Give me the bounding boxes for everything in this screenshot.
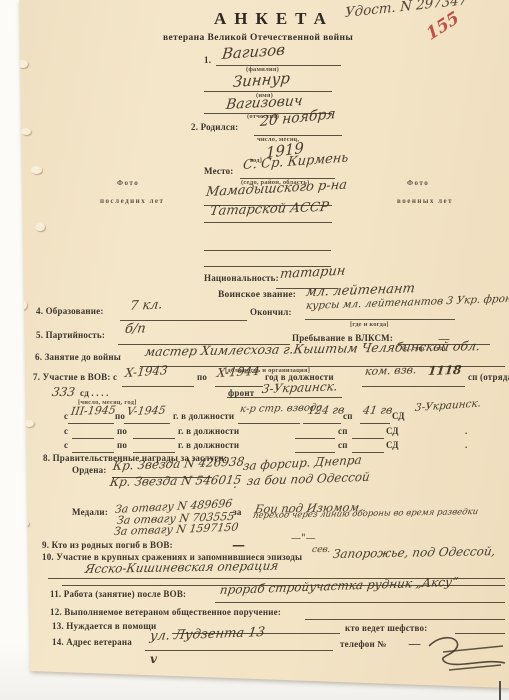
order2-handwritten: Кр. Звезда N 546015 <box>109 473 243 489</box>
firstname-handwritten: Зиннур <box>232 69 291 91</box>
party-handwritten: б/п <box>124 321 147 337</box>
order2-reason-handwritten: за бои под Одессой <box>246 470 371 488</box>
write-line <box>215 601 505 603</box>
write-line <box>72 437 114 439</box>
rank-label: Воинское звание: <box>218 290 296 300</box>
write-line <box>204 221 332 223</box>
q7-row4-s: с <box>64 440 68 450</box>
q9-dash-handwritten: — <box>232 538 245 553</box>
paper-tear-mark <box>24 420 34 427</box>
photo-right-sublabel: военных лет <box>397 197 453 205</box>
war-front2-handwritten: 3-Украинск. <box>414 397 481 414</box>
q7-row3-position-label: г. в должности <box>178 426 239 436</box>
write-line <box>122 385 194 387</box>
birthplace-region-handwritten: Татарской АССР <box>209 200 330 219</box>
war-front1-handwritten: 3-Украинск. <box>261 379 339 396</box>
q7-sp-label: сп (отряда) <box>468 372 509 382</box>
q10-battles2-handwritten: Ясско-Кишиневская операция <box>84 559 280 576</box>
war-division1-handwritten: 333 <box>51 385 76 399</box>
q5-label: 5. Партийность: <box>36 330 105 340</box>
q11-label: 11. Работа (занятие) после ВОВ: <box>50 589 186 599</box>
q7-po-label: по <box>197 372 207 382</box>
nationality-label: Национальность: <box>204 273 279 283</box>
q10-sev-handwritten: сев. <box>311 545 331 555</box>
q1-number: 1. <box>204 55 211 65</box>
q7-sd-label: сд . . . . <box>80 388 109 398</box>
paper-shadow: АНКЕТА Удост. N 297347 155 ветерана Вели… <box>0 0 509 700</box>
write-line <box>124 422 170 424</box>
graduated-label: Окончил: <box>250 307 292 317</box>
anketa-form-paper: АНКЕТА Удост. N 297347 155 ветерана Вели… <box>0 0 509 700</box>
address-handwritten: ул. Лудзента 13 <box>149 625 266 644</box>
write-line <box>352 437 384 439</box>
birthplace-label: Место: <box>204 166 233 176</box>
surname-handwritten: Вагизов <box>221 41 286 64</box>
q7-row3-dot: . <box>465 426 467 436</box>
q6-label: 6. Занятие до войны <box>35 352 121 362</box>
medals-label: Медали: <box>72 507 108 517</box>
write-line <box>227 396 342 398</box>
war-regiment1-handwritten: 1118 <box>427 363 462 378</box>
war-to2-handwritten: V-1945 <box>126 404 166 418</box>
q7-row2-po: по <box>115 411 125 421</box>
paper-tear-mark <box>21 128 31 135</box>
q7-row3-s: с <box>64 426 68 436</box>
q7-row4-dot: . <box>465 440 467 450</box>
education-handwritten: 7 кл. <box>129 297 163 314</box>
q7-row4-sp: сп <box>338 440 348 450</box>
photo-left-label: Фото <box>117 179 139 187</box>
war-from2-handwritten: III-1945 <box>70 403 117 418</box>
paper-tear-mark <box>31 166 42 174</box>
paper-tear-mark <box>17 60 28 68</box>
q14-label: 14. Адрес ветерана <box>52 637 132 647</box>
q7-row3-po: по <box>117 426 127 436</box>
q9-label: 9. Кто из родных погиб в ВОВ: <box>42 540 173 550</box>
nationality-handwritten: татарин <box>279 264 346 283</box>
write-line <box>145 649 333 651</box>
q7-row2-sp: сп <box>343 411 353 421</box>
paper-tear-mark <box>35 223 45 231</box>
scanned-veteran-questionnaire: АНКЕТА Удост. N 297347 155 ветерана Вели… <box>0 0 509 700</box>
phone-scribble <box>415 630 507 676</box>
photo-left-sublabel: последних лет <box>100 197 164 205</box>
graduated-caption: [где и когда] <box>350 321 389 328</box>
prewar-occupation-handwritten: мастер Химлесхоза г.Кыштым Челябинской о… <box>144 338 482 359</box>
write-line <box>303 422 341 424</box>
war-to1-handwritten: X-1944 <box>216 364 260 380</box>
birthplace-handwritten: С. Ср. Кирмень <box>242 151 349 174</box>
war-from1-handwritten: X-1943 <box>124 363 168 380</box>
medal3-ditto-handwritten: —"— <box>291 533 316 544</box>
phone-label: телефон № <box>340 639 387 649</box>
war-position1-handwritten: ком. взв. <box>364 363 417 378</box>
q7-row4-position-label: г. в должности <box>178 440 239 450</box>
q4-label: 4. Образование: <box>36 306 104 316</box>
q12-label: 12. Выполняемое ветераном общественное п… <box>50 607 281 617</box>
photo-right-label: Фото <box>407 179 429 187</box>
write-line <box>295 437 335 439</box>
q7-label: 7. Участие в ВОВ: с <box>33 372 117 382</box>
write-line <box>68 422 114 424</box>
write-line <box>362 385 465 387</box>
scan-edge-artifact <box>499 681 501 700</box>
order2-ditto-dot: . <box>233 477 237 491</box>
red-page-number: 155 <box>423 8 462 45</box>
q7-row2-sd: СД <box>392 411 405 421</box>
war-division2-handwritten: 41 гв <box>362 403 394 417</box>
q2-label: 2. Родился: <box>191 122 238 132</box>
q13-label: 13. Нуждается в помощи <box>52 621 156 631</box>
q10-battles1-handwritten: Запорожье, под Одессой, <box>332 544 497 561</box>
paper-tear-mark <box>20 520 29 527</box>
write-line <box>238 422 300 424</box>
war-regiment2-handwritten: 124 гв <box>307 403 346 417</box>
birthplace-district-handwritten: Мамадышского р-на <box>205 178 348 201</box>
write-line <box>305 618 505 620</box>
q7-row4-po: по <box>117 440 127 450</box>
write-line <box>215 385 263 387</box>
q7-row3-sd: СД <box>386 426 399 436</box>
write-line <box>133 437 175 439</box>
orders-label: Ордена: <box>72 465 107 475</box>
check-mark-handwritten: v <box>150 652 157 666</box>
q7-row3-sp: сп <box>338 426 348 436</box>
q7-row4-sd: СД <box>386 440 399 450</box>
write-line <box>360 422 390 424</box>
form-title: АНКЕТА <box>214 9 334 29</box>
paper-tear-mark <box>18 300 27 310</box>
write-line <box>295 451 335 453</box>
q7-row2-s: с <box>64 411 68 421</box>
write-line <box>305 318 455 320</box>
write-line <box>204 249 331 251</box>
q7-row2-position-label: г. в должности <box>173 411 234 421</box>
